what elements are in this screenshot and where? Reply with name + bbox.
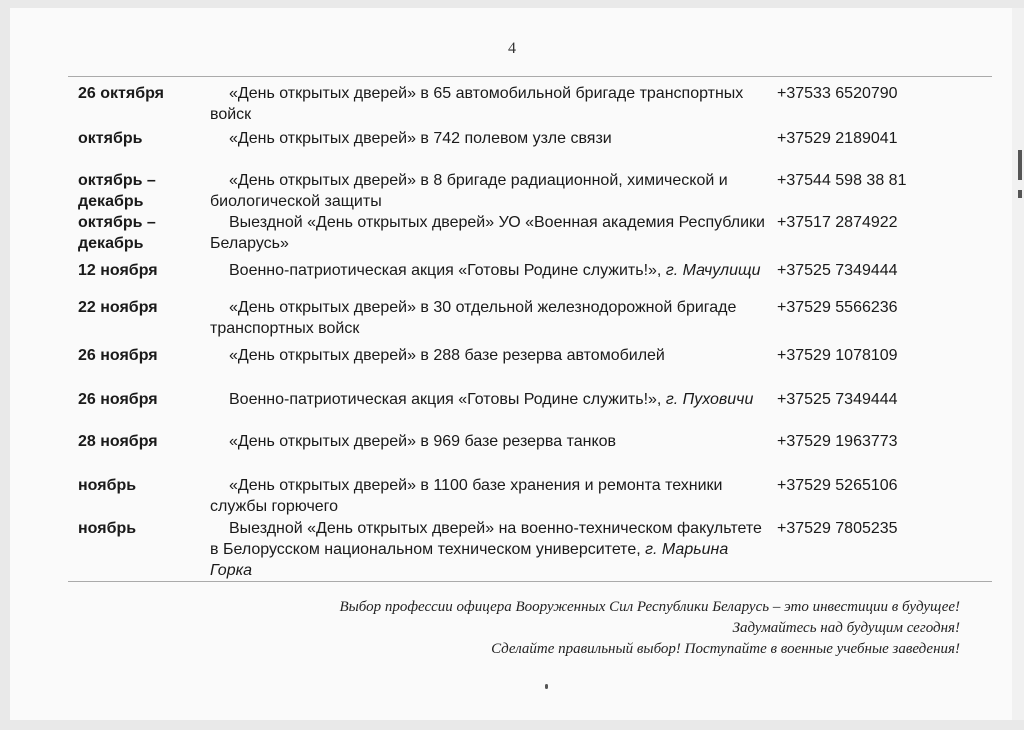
event-phone: +37529 1078109 <box>777 345 898 366</box>
event-text: «День открытых дверей» в 8 бригаде радиа… <box>210 172 728 210</box>
event-phone: +37529 2189041 <box>777 128 898 149</box>
event-text: Военно-патриотическая акция «Готовы Роди… <box>229 262 661 279</box>
slogan-line-2: Задумайтесь над будущим сегодня! <box>733 618 960 639</box>
slogan-line-3: Сделайте правильный выбор! Поступайте в … <box>491 639 960 660</box>
event-date: 26 ноября <box>78 345 158 366</box>
event-phone: +37517 2874922 <box>777 212 898 233</box>
event-date: 28 ноября <box>78 431 158 452</box>
event-text: «День открытых дверей» в 288 базе резерв… <box>229 347 665 364</box>
event-phone: +37529 5566236 <box>777 297 898 318</box>
event-date: 12 ноября <box>78 260 158 281</box>
edge-mark <box>1018 150 1022 180</box>
event-text: «День открытых дверей» в 1100 базе хране… <box>210 477 722 515</box>
event-phone: +37525 7349444 <box>777 260 898 281</box>
event-date: ноябрь <box>78 518 136 539</box>
event-description: «День открытых дверей» в 742 полевом узл… <box>210 128 770 149</box>
edge-mark <box>1018 190 1022 198</box>
scan-speck <box>545 684 548 689</box>
bottom-rule <box>68 581 992 582</box>
event-phone: +37529 7805235 <box>777 518 898 539</box>
event-place: г. Мачулищи <box>666 262 761 279</box>
event-description: «День открытых дверей» в 30 отдельной же… <box>210 297 770 339</box>
top-rule <box>68 76 992 77</box>
event-date: октябрь – декабрь <box>78 170 156 212</box>
event-description: «День открытых дверей» в 65 автомобильно… <box>210 83 770 125</box>
event-description: «День открытых дверей» в 969 базе резерв… <box>210 431 770 452</box>
event-date: октябрь – декабрь <box>78 212 156 254</box>
event-phone: +37525 7349444 <box>777 389 898 410</box>
event-text: «День открытых дверей» в 742 полевом узл… <box>229 130 612 147</box>
event-description: Выездной «День открытых дверей» УО «Воен… <box>210 212 770 254</box>
event-description: «День открытых дверей» в 8 бригаде радиа… <box>210 170 770 212</box>
event-description: Военно-патриотическая акция «Готовы Роди… <box>210 389 770 410</box>
event-text: Военно-патриотическая акция «Готовы Роди… <box>229 391 661 408</box>
event-text: «День открытых дверей» в 30 отдельной же… <box>210 299 736 337</box>
event-text: Выездной «День открытых дверей» УО «Воен… <box>210 214 765 252</box>
event-date: ноябрь <box>78 475 136 496</box>
page-edge <box>1012 8 1024 720</box>
event-description: Военно-патриотическая акция «Готовы Роди… <box>210 260 770 281</box>
event-date: 26 октября <box>78 83 164 104</box>
event-phone: +37529 1963773 <box>777 431 898 452</box>
slogan-line-1: Выбор профессии офицера Вооруженных Сил … <box>339 597 960 618</box>
page-number: 4 <box>508 40 516 58</box>
event-place: г. Пуховичи <box>666 391 754 408</box>
event-date: октябрь <box>78 128 142 149</box>
event-description: «День открытых дверей» в 288 базе резерв… <box>210 345 770 366</box>
event-description: «День открытых дверей» в 1100 базе хране… <box>210 475 770 517</box>
event-date: 22 ноября <box>78 297 158 318</box>
event-date: 26 ноября <box>78 389 158 410</box>
event-phone: +37529 5265106 <box>777 475 898 496</box>
event-description: Выездной «День открытых дверей» на военн… <box>210 518 770 581</box>
event-phone: +37544 598 38 81 <box>777 170 906 191</box>
event-text: «День открытых дверей» в 65 автомобильно… <box>210 85 743 123</box>
event-text: «День открытых дверей» в 969 базе резерв… <box>229 433 616 450</box>
event-phone: +37533 6520790 <box>777 83 898 104</box>
